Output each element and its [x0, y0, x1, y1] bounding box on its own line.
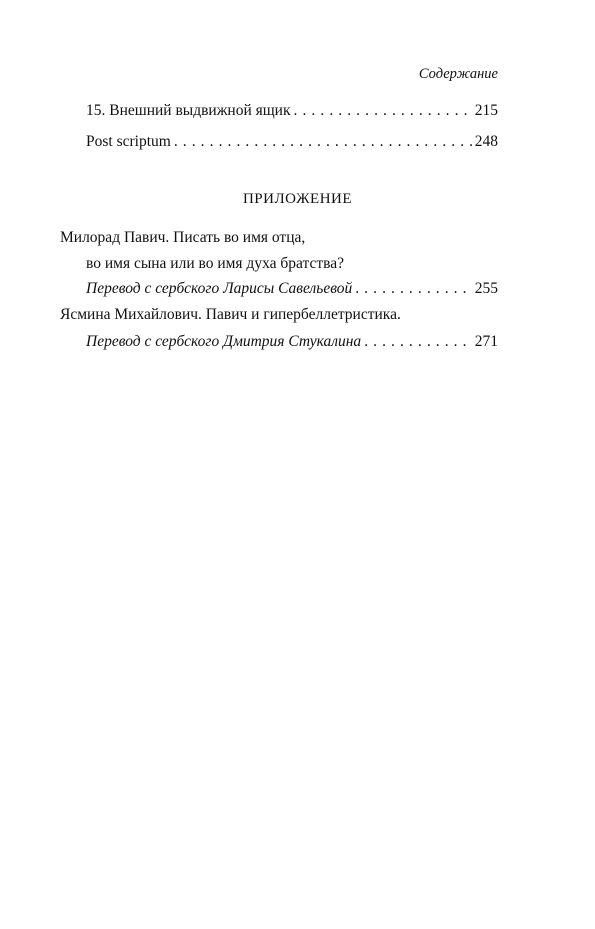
appendix-entry[interactable]: Перевод с сербского Ларисы Савельевой 25… [86, 280, 498, 298]
toc-entry-title: 15. Внешний выдвижной ящик [86, 102, 291, 120]
appendix-entry-title: Ясмина Михайлович. Павич и гипербеллетри… [60, 306, 401, 324]
translator-credit: Перевод с сербского Ларисы Савельевой [86, 280, 352, 298]
appendix-entry-title: Милорад Павич. Писать во имя отца, [60, 229, 305, 247]
appendix-entry-page: 271 [475, 333, 498, 351]
appendix-entry-page: 255 [475, 280, 498, 298]
running-header: Содержание [419, 66, 498, 83]
toc-entry-title: Post scriptum [86, 133, 171, 151]
appendix-entry-title-cont: во имя сына или во имя духа братства? [86, 255, 344, 273]
toc-entry-page: 248 [475, 133, 498, 151]
toc-entry-page: 215 [475, 102, 498, 120]
leader-dots [174, 133, 472, 151]
appendix-entry[interactable]: Перевод с сербского Дмитрия Стукалина 27… [86, 333, 498, 351]
leader-dots [294, 102, 472, 120]
leader-dots [364, 333, 472, 351]
appendix-heading: ПРИЛОЖЕНИЕ [0, 191, 595, 208]
toc-entry[interactable]: 15. Внешний выдвижной ящик 215 [86, 102, 498, 120]
translator-credit: Перевод с сербского Дмитрия Стукалина [86, 333, 361, 351]
leader-dots [355, 280, 472, 298]
toc-entry[interactable]: Post scriptum 248 [86, 133, 498, 151]
